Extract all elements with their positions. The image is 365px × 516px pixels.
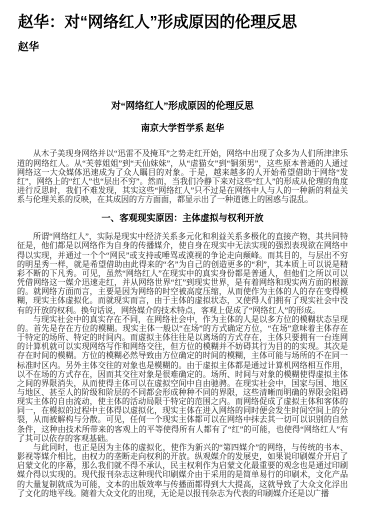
section-1-heading: 一、客观现实原因：主体虚拟与权利开放: [17, 211, 348, 224]
paragraph-section1-3: 与此同时，也正是因为主体的虚拟化，使作为新兴的“第四媒介”的网络，与传统的书本、…: [17, 443, 348, 498]
doc-affiliation-author: 南京大学哲学系 赵华: [17, 121, 348, 134]
page-author: 赵华: [18, 39, 347, 54]
document-page: 赵华：对“网络红人”形成原因的伦理反思 赵华 对“网络红人”形成原因的伦理反思 …: [0, 0, 365, 516]
paragraph-section1-2: 与现实社会中的真实存在不同，在网络社会中，作为主体的人是以多方位的模糊状态呈现的…: [17, 315, 348, 443]
page-title: 赵华：对“网络红人”形成原因的伦理反思: [0, 0, 365, 32]
document-body: 从木子美现身网络并以“迅雷不及掩耳”之势走红开始，网络中出现了众多为人们所津津乐…: [17, 149, 348, 497]
paragraph-section1-1: 所谓“网络红人”，实际是现实中经济关系多元化和利益关系多极化的直接产物，其共同特…: [17, 232, 348, 314]
doc-title: 对“网络红人”形成原因的伦理反思: [17, 98, 348, 112]
paragraph-intro: 从木子美现身网络并以“迅雷不及掩耳”之势走红开始，网络中出现了众多为人们所津津乐…: [17, 149, 348, 204]
